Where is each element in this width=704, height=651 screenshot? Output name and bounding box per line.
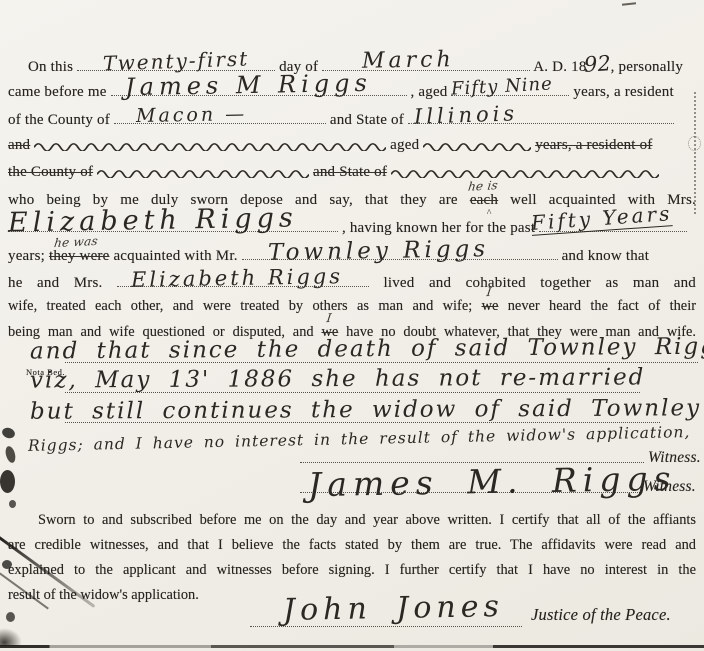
certification-line-3: explained to the applicant and witnesses… xyxy=(8,562,696,579)
wavy-strike xyxy=(423,139,531,151)
handwritten-mrs-name-2: Elizabeth Riggs xyxy=(131,264,343,292)
handwritten-addendum-3: but still continues the widow of said To… xyxy=(30,395,701,425)
handwritten-insert-i: I xyxy=(486,285,493,299)
form-line-affiant: came before me James M Riggs , aged Fift… xyxy=(8,80,674,101)
printed-and-state: and State of xyxy=(330,112,404,128)
handwritten-addendum-2: viz, May 13' 1886 she has not re-married xyxy=(30,364,646,393)
certification-text-1: Sworn to and subscribed before me on the… xyxy=(38,512,696,528)
printed-years-resident-of-struck: years, a resident of xyxy=(535,137,652,153)
handwritten-age: Fifty Nine xyxy=(451,73,554,99)
form-line-treated: wife, treated each other, and were treat… xyxy=(8,298,696,315)
handwritten-year: 92 xyxy=(583,51,612,77)
form-line-second-county: the County of and State of xyxy=(8,164,659,181)
justice-title: Justice of the Peace. xyxy=(531,605,671,625)
handwritten-affiant-name: James M Riggs xyxy=(124,69,371,101)
ink-stain xyxy=(9,500,16,508)
printed-personally: , personally xyxy=(611,59,683,75)
printed-treated-before: wife, treated each other, and were treat… xyxy=(8,298,472,314)
form-line-mrs-name: Elizabeth Riggs , having known her for t… xyxy=(8,216,687,237)
form-line-he-and-mrs: he and Mrs. Elizabeth Riggs lived and co… xyxy=(8,271,696,292)
printed-of-county: of the County of xyxy=(8,112,110,128)
printed-and-know-that: and know that xyxy=(562,248,650,264)
handwritten-insert-i-2: I xyxy=(326,311,333,325)
ink-stain xyxy=(2,560,12,569)
certification-line-2: are credible witnesses, and that I belie… xyxy=(8,537,696,554)
ink-stain xyxy=(1,426,17,440)
certification-text-2: are credible witnesses, and that I belie… xyxy=(8,537,696,553)
printed-ad-18: A. D. 18 xyxy=(533,59,586,75)
blank-state: Illinois xyxy=(408,108,674,124)
printed-years-resident: years, a resident xyxy=(573,84,673,100)
printed-came-before-me: came before me xyxy=(8,84,107,100)
form-line-second-affiant: and aged years, a resident of xyxy=(8,137,653,154)
handwritten-addendum-4: Riggs; and I have no interest in the res… xyxy=(28,423,691,455)
justice-signature: John Jones xyxy=(283,589,504,628)
form-line-county-state: of the County of Macon — and State of Il… xyxy=(8,108,674,129)
printed-and-struck: and xyxy=(8,137,30,153)
blank-age: Fifty Nine xyxy=(451,80,569,96)
printed-on-this: On this xyxy=(28,59,73,75)
blank-mrs-name: Elizabeth Riggs xyxy=(8,216,338,232)
printed-they-were-struck: they were xyxy=(49,248,110,264)
blank-affiant-name: James M Riggs xyxy=(111,80,407,96)
ink-stain xyxy=(0,470,15,493)
witness-signature: James M. Riggs xyxy=(308,459,677,504)
printed-the-county-of-struck: the County of xyxy=(8,164,93,180)
affidavit-document: On this Twenty-first day of March A. D. … xyxy=(0,0,704,651)
handwritten-mrs-name: Elizabeth Riggs xyxy=(8,202,298,238)
printed-having-known: , having known her for the past xyxy=(342,220,535,236)
bottom-left-corner-stain xyxy=(0,628,22,646)
handwritten-month: March xyxy=(362,47,455,74)
form-line-mr-name: years; they werehe was acquainted with M… xyxy=(8,244,649,265)
handwritten-county: Macon — xyxy=(136,103,248,127)
printed-and-state-of-struck: and State of xyxy=(313,164,387,180)
printed-treated-after: never heard the fact of their xyxy=(508,298,696,314)
blank-duration: Fifty Years xyxy=(539,216,687,232)
handwritten-mr-name: Townley Riggs xyxy=(267,236,489,266)
wavy-strike xyxy=(391,166,659,178)
struck-we-wrap: weI xyxy=(482,298,499,315)
printed-each-struck: each xyxy=(470,192,498,208)
struck-they-were-wrap: they werehe was xyxy=(49,248,110,265)
printed-he-and-mrs: he and Mrs. xyxy=(8,275,103,291)
ink-stain xyxy=(6,612,15,622)
struck-each-wrap: eachhe is^ xyxy=(470,192,498,209)
wavy-strike xyxy=(34,139,386,151)
printed-aged: , aged xyxy=(410,84,447,100)
blank-mr-name: Townley Riggs xyxy=(242,244,558,260)
top-edge-mark xyxy=(622,2,636,5)
ink-stain xyxy=(4,445,17,464)
printed-years-semicolon: years; xyxy=(8,248,45,264)
handwritten-insert-he-is: he is xyxy=(467,178,499,194)
handwritten-state: Illinois xyxy=(413,101,518,129)
printed-we-struck: we xyxy=(482,298,499,314)
certification-text-3: explained to the applicant and witnesses… xyxy=(8,562,696,578)
blank-day: Twenty-first xyxy=(77,55,275,71)
printed-acquainted-mr: acquainted with Mr. xyxy=(113,248,237,264)
bottom-scan-edge xyxy=(0,645,704,648)
blank-mrs-name-2: Elizabeth Riggs xyxy=(117,271,369,287)
handwritten-insert-he-was: he was xyxy=(53,234,99,250)
right-edge-marks xyxy=(694,92,696,214)
blank-county: Macon — xyxy=(114,108,326,124)
wavy-strike xyxy=(97,166,309,178)
printed-aged-2: aged xyxy=(390,137,419,153)
certification-line-1: Sworn to and subscribed before me on the… xyxy=(8,512,696,529)
handwritten-addendum-1: and that since the death of said Townley… xyxy=(30,334,704,365)
printed-lived-cohabited: lived and cohabited together as man and xyxy=(383,275,696,291)
